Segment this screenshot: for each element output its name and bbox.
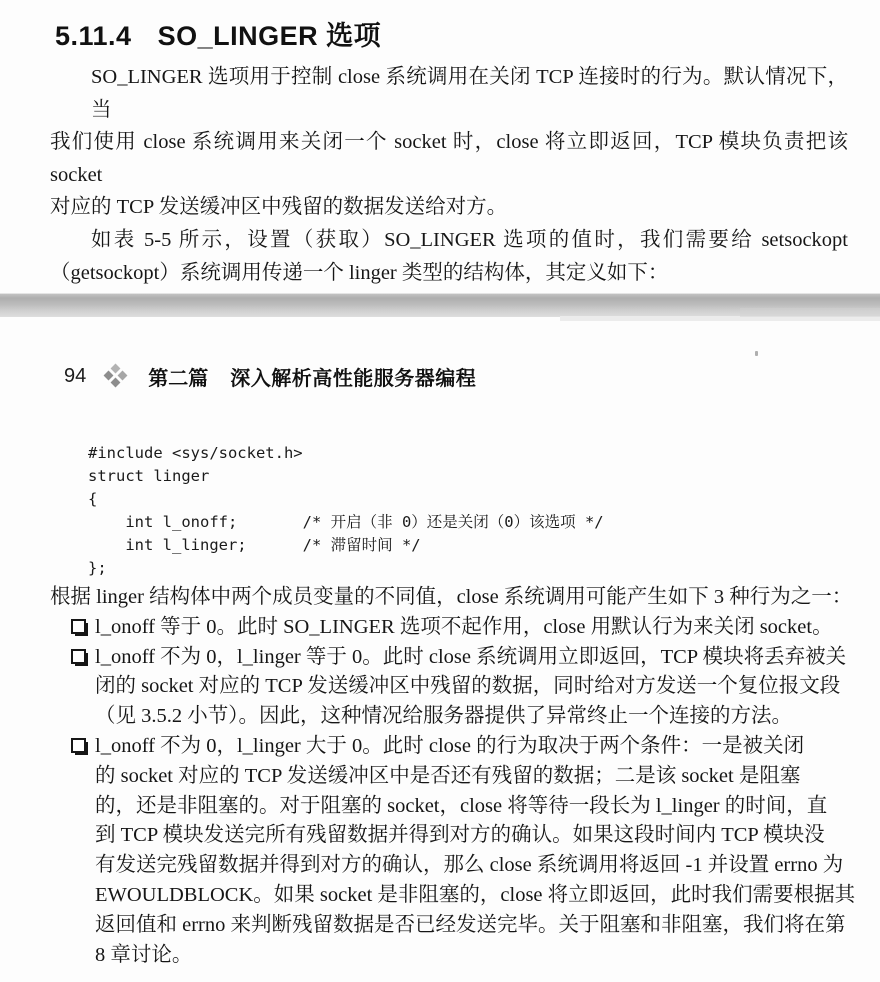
bullet-line: 到 TCP 模块发送完所有残留数据并得到对方的确认。如果这段时间内 TCP 模块… bbox=[50, 821, 852, 851]
bullet-item: l_onoff 不为 0，l_linger 等于 0。此时 close 系统调用… bbox=[50, 643, 852, 673]
paragraph-line: 对应的 TCP 发送缓冲区中残留的数据发送给对方。 bbox=[50, 191, 848, 224]
paragraph-line: SO_LINGER 选项用于控制 close 系统调用在关闭 TCP 连接时的行… bbox=[50, 61, 848, 126]
code-block: #include <sys/socket.h> struct linger { … bbox=[88, 442, 604, 580]
bullet-line: 的 socket 对应的 TCP 发送缓冲区中是否还有残留的数据；二是该 soc… bbox=[50, 762, 852, 792]
scan-artifact bbox=[755, 351, 758, 356]
bullet-line: 8 章讨论。 bbox=[50, 941, 852, 971]
code-line: int l_onoff; /* 开启（非 0）还是关闭（0）该选项 */ bbox=[88, 511, 604, 534]
bullet-item: l_onoff 等于 0。此时 SO_LINGER 选项不起作用，close 用… bbox=[50, 613, 852, 643]
paragraph-line: （getsockopt）系统调用传递一个 linger 类型的结构体，其定义如下… bbox=[50, 257, 848, 290]
scanned-book-page: 5.11.4 SO_LINGER 选项 SO_LINGER 选项用于控制 clo… bbox=[0, 0, 880, 982]
body-text: 根据 linger 结构体中两个成员变量的不同值，close 系统调用可能产生如… bbox=[50, 583, 852, 970]
bullet-square-icon bbox=[71, 619, 86, 634]
section-title: SO_LINGER 选项 bbox=[158, 14, 382, 53]
bullet-square-icon bbox=[71, 649, 86, 664]
paragraph-line: 我们使用 close 系统调用来关闭一个 socket 时，close 将立即返… bbox=[50, 126, 848, 191]
bullet-line: 有发送完残留数据并得到对方的确认，那么 close 系统调用将返回 -1 并设置… bbox=[50, 851, 852, 881]
section-number: 5.11.4 bbox=[55, 21, 132, 52]
code-line: struct linger bbox=[88, 465, 604, 488]
bullet-item: l_onoff 不为 0，l_linger 大于 0。此时 close 的行为取… bbox=[50, 732, 852, 762]
bullet-line: EWOULDBLOCK。如果 socket 是非阻塞的，close 将立即返回，… bbox=[50, 881, 852, 911]
bullet-line: l_onoff 等于 0。此时 SO_LINGER 选项不起作用，close 用… bbox=[95, 616, 833, 638]
code-line: }; bbox=[88, 557, 604, 580]
bullet-square-icon bbox=[71, 738, 86, 753]
scan-artifact bbox=[740, 308, 880, 317]
bullet-line: （见 3.5.2 小节）。因此，这种情况给服务器提供了异常终止一个连接的方法。 bbox=[50, 702, 852, 732]
four-diamonds-ornament-icon bbox=[104, 364, 128, 388]
bullet-line: l_onoff 不为 0，l_linger 大于 0。此时 close 的行为取… bbox=[95, 735, 804, 757]
bullet-line: 返回值和 errno 来判断残留数据是否已经发送完毕。关于阻塞和非阻塞，我们将在… bbox=[50, 911, 852, 941]
diamond-shape bbox=[111, 378, 121, 388]
page-header: 94 第二篇 深入解析高性能服务器编程 bbox=[64, 361, 476, 391]
code-line: #include <sys/socket.h> bbox=[88, 442, 604, 465]
intro-paragraphs: SO_LINGER 选项用于控制 close 系统调用在关闭 TCP 连接时的行… bbox=[50, 61, 848, 289]
paragraph-line: 如表 5-5 所示，设置（获取）SO_LINGER 选项的值时，我们需要给 se… bbox=[50, 224, 848, 257]
bullet-line: l_onoff 不为 0，l_linger 等于 0。此时 close 系统调用… bbox=[95, 646, 846, 668]
bullet-line: 闭的 socket 对应的 TCP 发送缓冲区中残留的数据，同时给对方发送一个复… bbox=[50, 672, 852, 702]
code-line: { bbox=[88, 488, 604, 511]
part-label: 第二篇 bbox=[148, 362, 208, 391]
body-intro-line: 根据 linger 结构体中两个成员变量的不同值，close 系统调用可能产生如… bbox=[50, 583, 852, 613]
bullet-line: 的，还是非阻塞的。对于阻塞的 socket，close 将等待一段长为 l_li… bbox=[50, 792, 852, 822]
code-line: int l_linger; /* 滞留时间 */ bbox=[88, 534, 604, 557]
part-title: 深入解析高性能服务器编程 bbox=[230, 362, 476, 391]
page-number: 94 bbox=[64, 365, 86, 388]
diamond-shape bbox=[118, 371, 128, 381]
section-heading: 5.11.4 SO_LINGER 选项 bbox=[55, 14, 381, 53]
